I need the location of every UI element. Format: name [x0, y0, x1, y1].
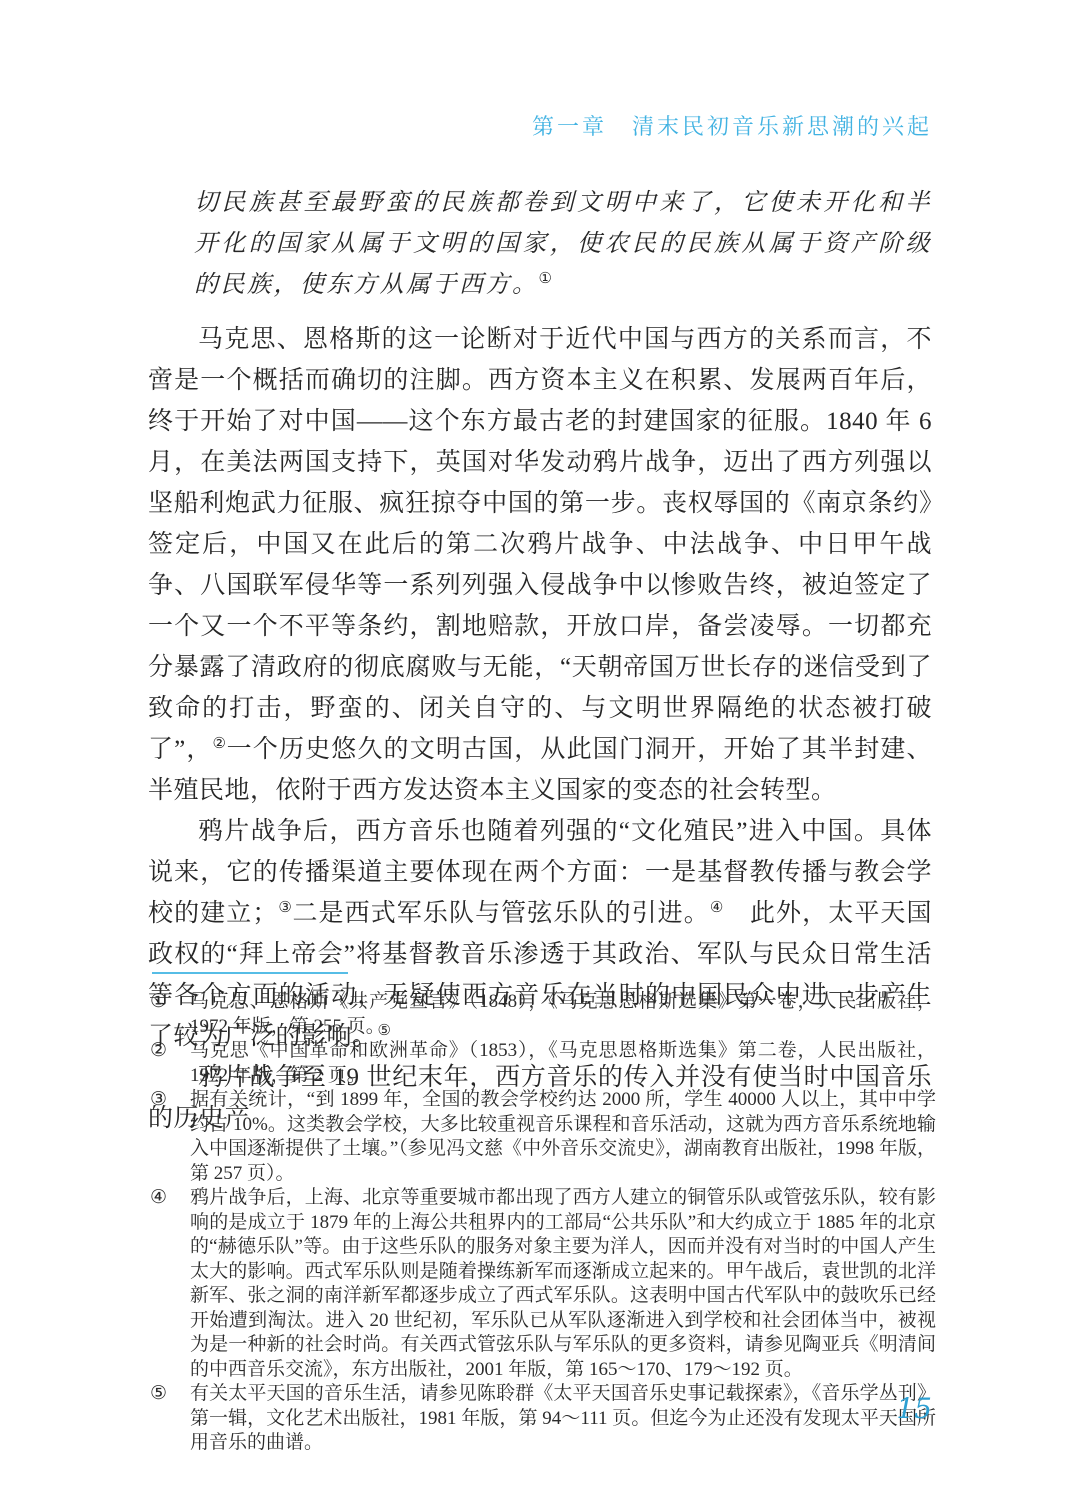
paragraph-text: 马克思、恩格斯的这一论断对于近代中国与西方的关系而言，不啻是一个概括而确切的注脚… [148, 326, 932, 763]
page-number: 15 [148, 1392, 932, 1425]
footnote-text: 马克思《中国革命和欧洲革命》（1853），《马克思恩格斯选集》第二卷，人民出版社… [190, 1039, 936, 1088]
footnote-marker: ① [150, 990, 190, 1015]
footnote-ref-1: ① [539, 271, 552, 287]
footnote-text: 马克思、恩格斯《共产党宣言》（1848），《马克思恩格斯选集》第一卷，人民出版社… [190, 990, 936, 1039]
footnote-item: ④ 鸦片战争后，上海、北京等重要城市都出现了西方人建立的铜管乐队或管弦乐队，较有… [150, 1186, 936, 1382]
block-quote: 切民族甚至最野蛮的民族都卷到文明中来了，它使未开化和半开化的国家从属于文明的国家… [194, 183, 932, 306]
footnote-list: ① 马克思、恩格斯《共产党宣言》（1848），《马克思恩格斯选集》第一卷，人民出… [150, 990, 936, 1456]
footnote-text: 据有关统计，“到 1899 年，全国的教会学校约达 2000 所，学生 4000… [190, 1088, 936, 1186]
book-page: 第一章 清末民初音乐新思潮的兴起 切民族甚至最野蛮的民族都卷到文明中来了，它使未… [0, 0, 1080, 1510]
paragraph-text: 一个历史悠久的文明古国，从此国门洞开，开始了其半封建、半殖民地，依附于西方发达资… [148, 736, 932, 804]
footnote-item: ③ 据有关统计，“到 1899 年，全国的教会学校约达 2000 所，学生 40… [150, 1088, 936, 1186]
footnote-marker: ③ [150, 1088, 190, 1113]
footnote-text: 鸦片战争后，上海、北京等重要城市都出现了西方人建立的铜管乐队或管弦乐队，较有影响… [190, 1186, 936, 1382]
footnote-marker: ④ [150, 1186, 190, 1211]
footnote-ref-2: ② [213, 736, 227, 752]
chapter-running-header: 第一章 清末民初音乐新思潮的兴起 [148, 110, 932, 141]
footnote-ref-4: ④ [710, 900, 724, 916]
footnote-marker: ② [150, 1039, 190, 1064]
paragraph-text: 二是西式军乐队与管弦乐队的引进。 [292, 900, 709, 927]
footnote-divider [152, 972, 348, 974]
footnote-item: ① 马克思、恩格斯《共产党宣言》（1848），《马克思恩格斯选集》第一卷，人民出… [150, 990, 936, 1039]
quote-text: 切民族甚至最野蛮的民族都卷到文明中来了，它使未开化和半开化的国家从属于文明的国家… [194, 190, 932, 298]
footnote-ref-3: ③ [278, 900, 293, 916]
footnote-item: ② 马克思《中国革命和欧洲革命》（1853），《马克思恩格斯选集》第二卷，人民出… [150, 1039, 936, 1088]
body-paragraph: 马克思、恩格斯的这一论断对于近代中国与西方的关系而言，不啻是一个概括而确切的注脚… [148, 319, 932, 811]
